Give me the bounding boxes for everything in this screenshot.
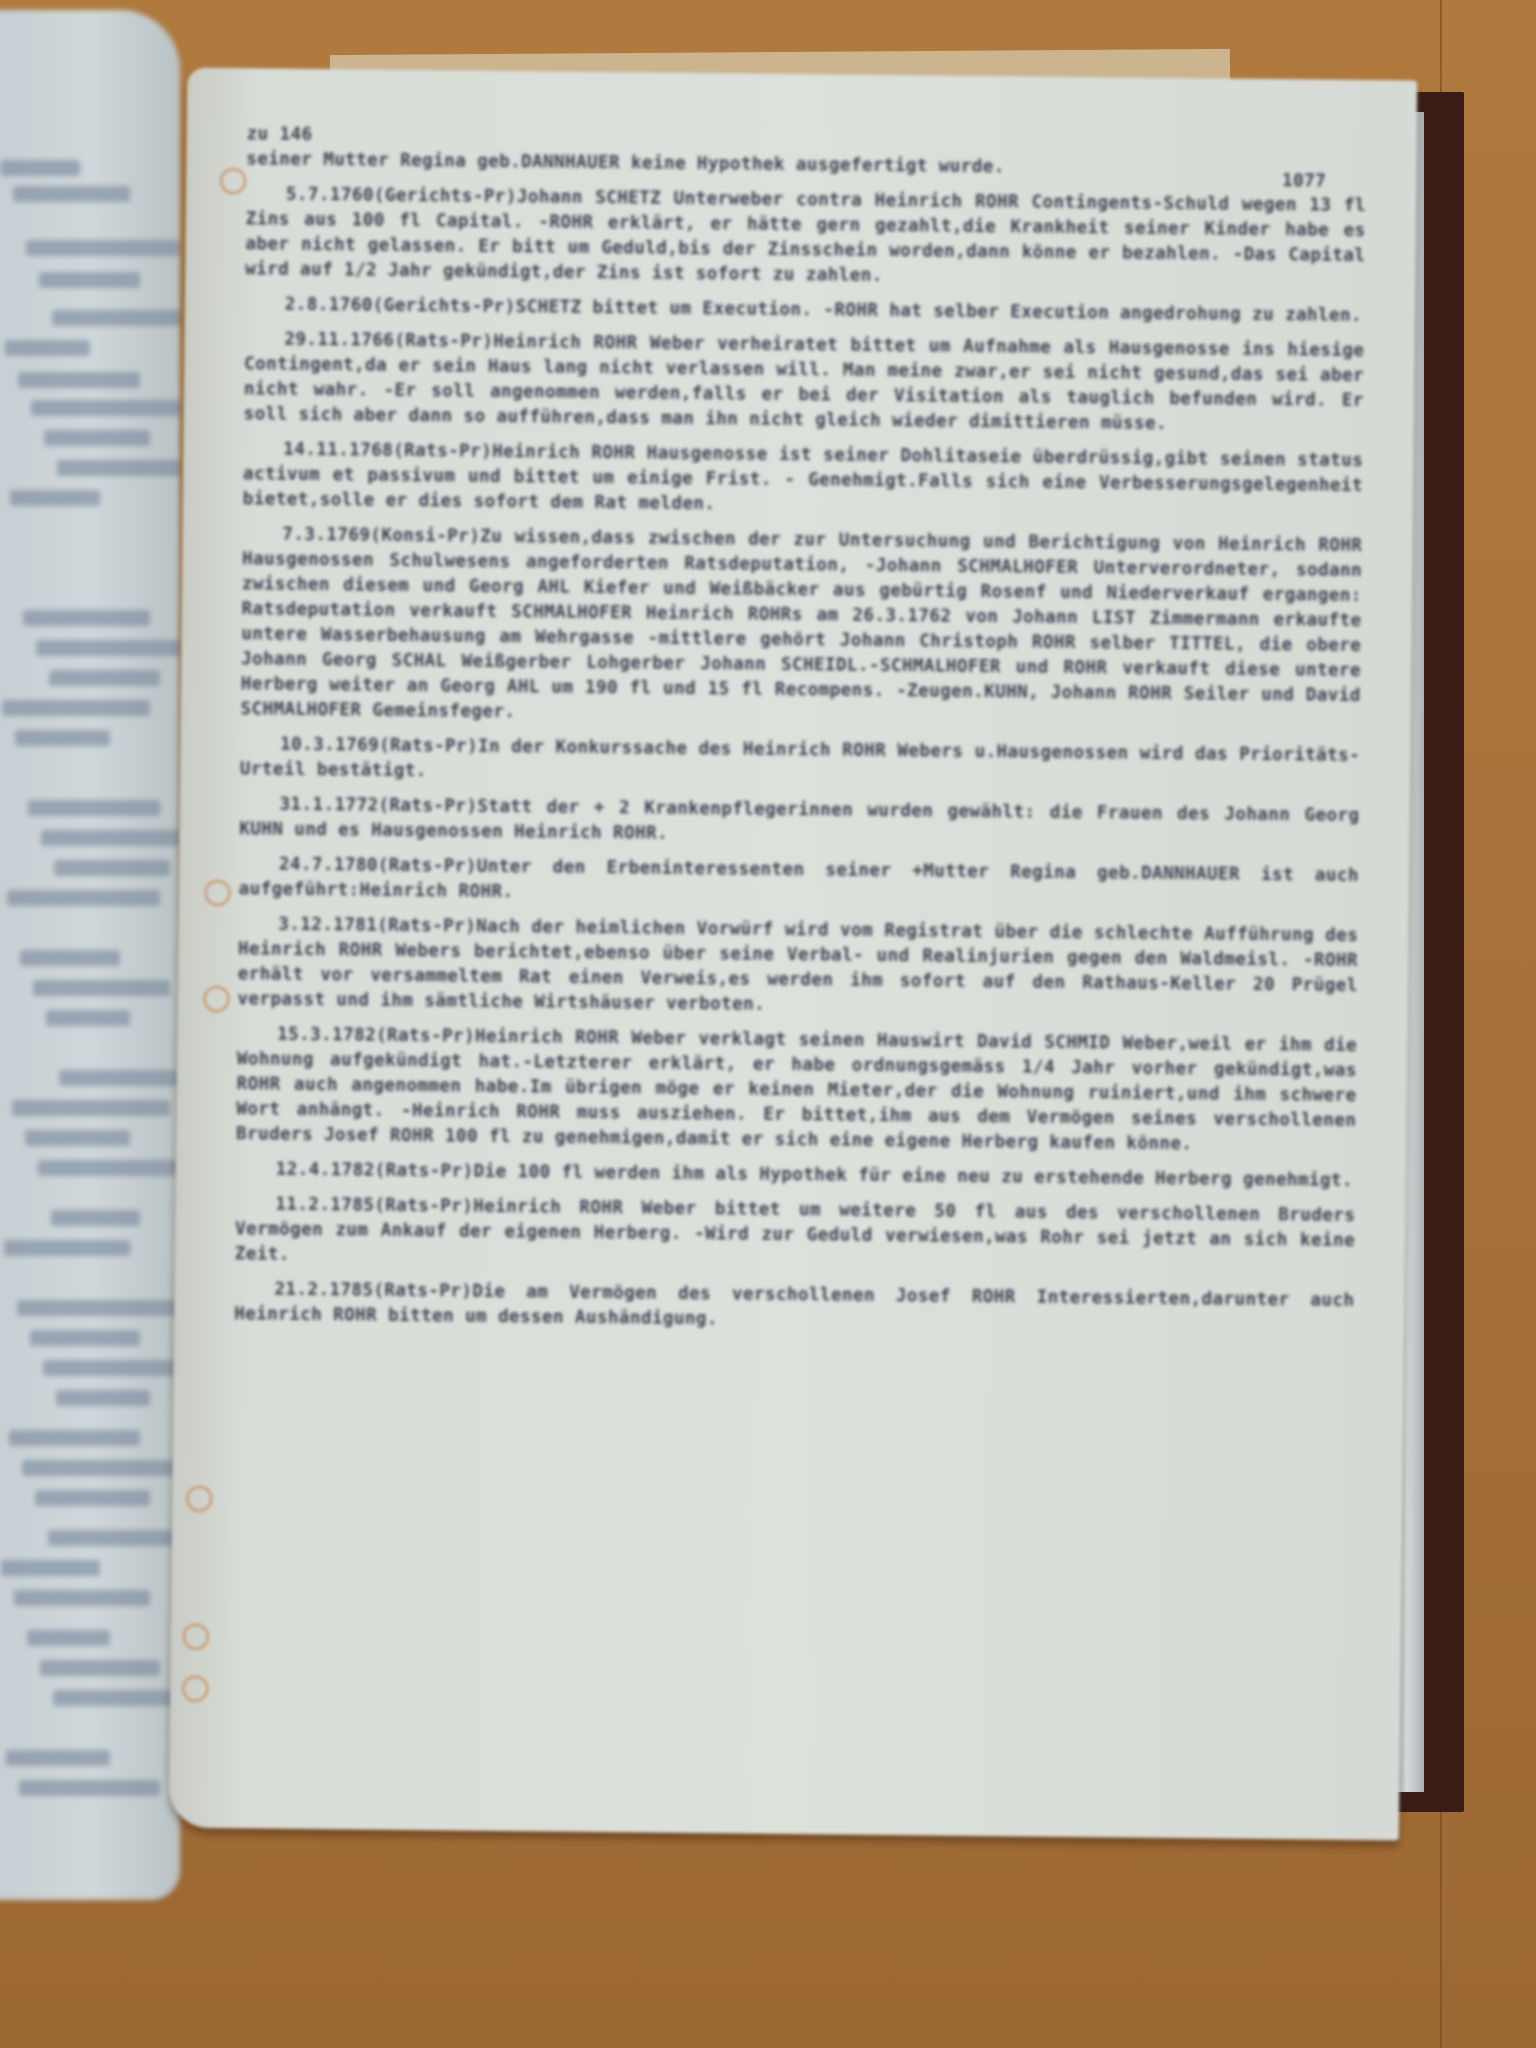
- illegible-text-line: [57, 460, 180, 476]
- illegible-text-line: [49, 670, 160, 686]
- record-entry: 3.12.1781(Rats-Pr)Nach der heimlichen Vo…: [237, 912, 1358, 1024]
- entry-date: 21.2.1785: [274, 1280, 373, 1301]
- illegible-text-line: [9, 1430, 140, 1446]
- margin-annotation-circle: [203, 986, 229, 1012]
- entry-date: 15.3.1782: [277, 1025, 376, 1046]
- entry-source: (Rats-Pr): [374, 1196, 473, 1217]
- illegible-text-line: [44, 430, 150, 446]
- margin-annotation-circle: [186, 1486, 212, 1512]
- illegible-text-line: [7, 890, 160, 906]
- illegible-text-line: [19, 1780, 160, 1796]
- record-entry: 11.2.1785(Rats-Pr)Heinrich ROHR Weber bi…: [235, 1192, 1356, 1279]
- entry-date: 31.1.1772: [279, 795, 378, 816]
- record-entry: 24.7.1780(Rats-Pr)Unter den Erbeninteres…: [239, 852, 1359, 914]
- entry-date: 5.7.1760: [286, 185, 374, 206]
- illegible-text-line: [20, 950, 120, 966]
- entry-source: (Gerichts-Pr): [373, 296, 516, 317]
- entry-source: (Rats-Pr): [376, 1026, 475, 1047]
- entry-source: (Rats-Pr): [373, 1281, 472, 1302]
- margin-annotation-circle: [183, 1624, 209, 1650]
- illegible-text-line: [59, 1070, 180, 1086]
- entry-text: seiner Mutter Regina geb.DANNHAUER keine…: [246, 149, 1005, 177]
- illegible-text-line: [2, 700, 150, 716]
- page-text: zu 146 1077 seiner Mutter Regina geb.DAN…: [234, 122, 1367, 1349]
- illegible-text-line: [13, 186, 130, 202]
- illegible-text-line: [35, 1490, 150, 1506]
- illegible-text-line: [40, 1660, 160, 1676]
- margin-annotation-circle: [204, 880, 230, 906]
- page-number: 1077: [1282, 169, 1326, 194]
- entry-date: 12.4.1782: [276, 1160, 375, 1181]
- illegible-text-line: [12, 1100, 170, 1116]
- record-entry: 10.3.1769(Rats-Pr)In der Konkurssache de…: [240, 732, 1360, 794]
- illegible-text-line: [0, 160, 80, 176]
- record-entry: 7.3.1769(Konsi-Pr)Zu wissen,dass zwische…: [240, 522, 1362, 734]
- record-entry: 29.11.1766(Rats-Pr)Heinrich ROHR Weber v…: [243, 327, 1364, 439]
- illegible-text-line: [1, 1560, 100, 1576]
- illegible-text-line: [30, 1330, 140, 1346]
- record-entry: 14.11.1768(Rats-Pr)Heinrich ROHR Hausgen…: [243, 437, 1364, 524]
- margin-annotation-circle: [220, 168, 246, 194]
- illegible-text-line: [15, 730, 110, 746]
- illegible-text-line: [25, 1130, 130, 1146]
- illegible-text-line: [17, 1300, 180, 1316]
- entry-date: 14.11.1768: [283, 440, 393, 461]
- entries-list: seiner Mutter Regina geb.DANNHAUER keine…: [234, 147, 1366, 1339]
- illegible-text-line: [33, 980, 170, 996]
- entry-text: SCHETZ bittet um Execution. -ROHR hat se…: [516, 297, 1363, 326]
- illegible-text-line: [38, 1160, 180, 1176]
- illegible-text-line: [46, 1010, 130, 1026]
- illegible-text-line: [4, 1240, 130, 1256]
- illegible-text-line: [54, 860, 170, 876]
- illegible-text-line: [5, 340, 90, 356]
- entry-source: (Rats-Pr): [378, 856, 477, 877]
- illegible-text-line: [26, 240, 180, 256]
- illegible-text-line: [36, 640, 180, 656]
- entry-source: (Rats-Pr): [394, 331, 493, 352]
- illegible-text-line: [10, 490, 100, 506]
- illegible-text-line: [52, 310, 180, 326]
- entry-date: 7.3.1769: [282, 525, 370, 546]
- entry-source: (Rats-Pr): [393, 441, 492, 462]
- illegible-text-line: [23, 610, 150, 626]
- entry-source: (Gerichts-Pr): [374, 186, 517, 207]
- entry-source: (Rats-Pr): [375, 1161, 474, 1182]
- illegible-text-line: [28, 800, 160, 816]
- record-entry: 31.1.1772(Rats-Pr)Statt der + 2 Krankenp…: [239, 792, 1359, 854]
- entry-date: 3.12.1781: [278, 915, 377, 936]
- illegible-text-line: [14, 1590, 150, 1606]
- illegible-text-line: [56, 1390, 150, 1406]
- illegible-text-line: [31, 400, 180, 416]
- left-page: [0, 10, 180, 1900]
- illegible-text-line: [51, 1210, 140, 1226]
- entry-source: (Konsi-Pr): [370, 526, 480, 547]
- entry-text: Zu wissen,dass zwischen der zur Untersuc…: [240, 527, 1362, 722]
- entry-text: Die 100 fl werden ihm als Hypothek für e…: [473, 1162, 1353, 1191]
- record-entry: 12.4.1782(Rats-Pr)Die 100 fl werden ihm …: [236, 1157, 1356, 1194]
- entry-date: 11.2.1785: [275, 1195, 374, 1216]
- entry-date: 24.7.1780: [279, 855, 378, 876]
- margin-annotation-circle: [182, 1676, 208, 1702]
- right-page: zu 146 1077 seiner Mutter Regina geb.DAN…: [169, 68, 1417, 1841]
- record-entry: 15.3.1782(Rats-Pr)Heinrich ROHR Weber ve…: [236, 1022, 1357, 1159]
- entry-date: 10.3.1769: [280, 735, 379, 756]
- illegible-text-line: [22, 1460, 180, 1476]
- illegible-text-line: [53, 1690, 180, 1706]
- illegible-text-line: [18, 372, 140, 388]
- illegible-text-line: [6, 1750, 110, 1766]
- illegible-text-line: [43, 1360, 180, 1376]
- entry-date: 29.11.1766: [284, 330, 394, 351]
- illegible-text-line: [39, 272, 140, 288]
- illegible-text-line: [41, 830, 180, 846]
- illegible-text-line: [48, 1530, 180, 1546]
- record-entry: 5.7.1760(Gerichts-Pr)Johann SCHETZ Unter…: [245, 182, 1366, 294]
- illegible-text-line: [27, 1630, 110, 1646]
- entry-source: (Rats-Pr): [377, 916, 476, 937]
- entry-source: (Rats-Pr): [379, 736, 478, 757]
- entry-source: (Rats-Pr): [378, 796, 477, 817]
- entry-date: 2.8.1760: [285, 295, 373, 316]
- record-entry: 21.2.1785(Rats-Pr)Die am Vermögen des ve…: [234, 1277, 1354, 1339]
- record-entry: 2.8.1760(Gerichts-Pr)SCHETZ bittet um Ex…: [245, 292, 1365, 329]
